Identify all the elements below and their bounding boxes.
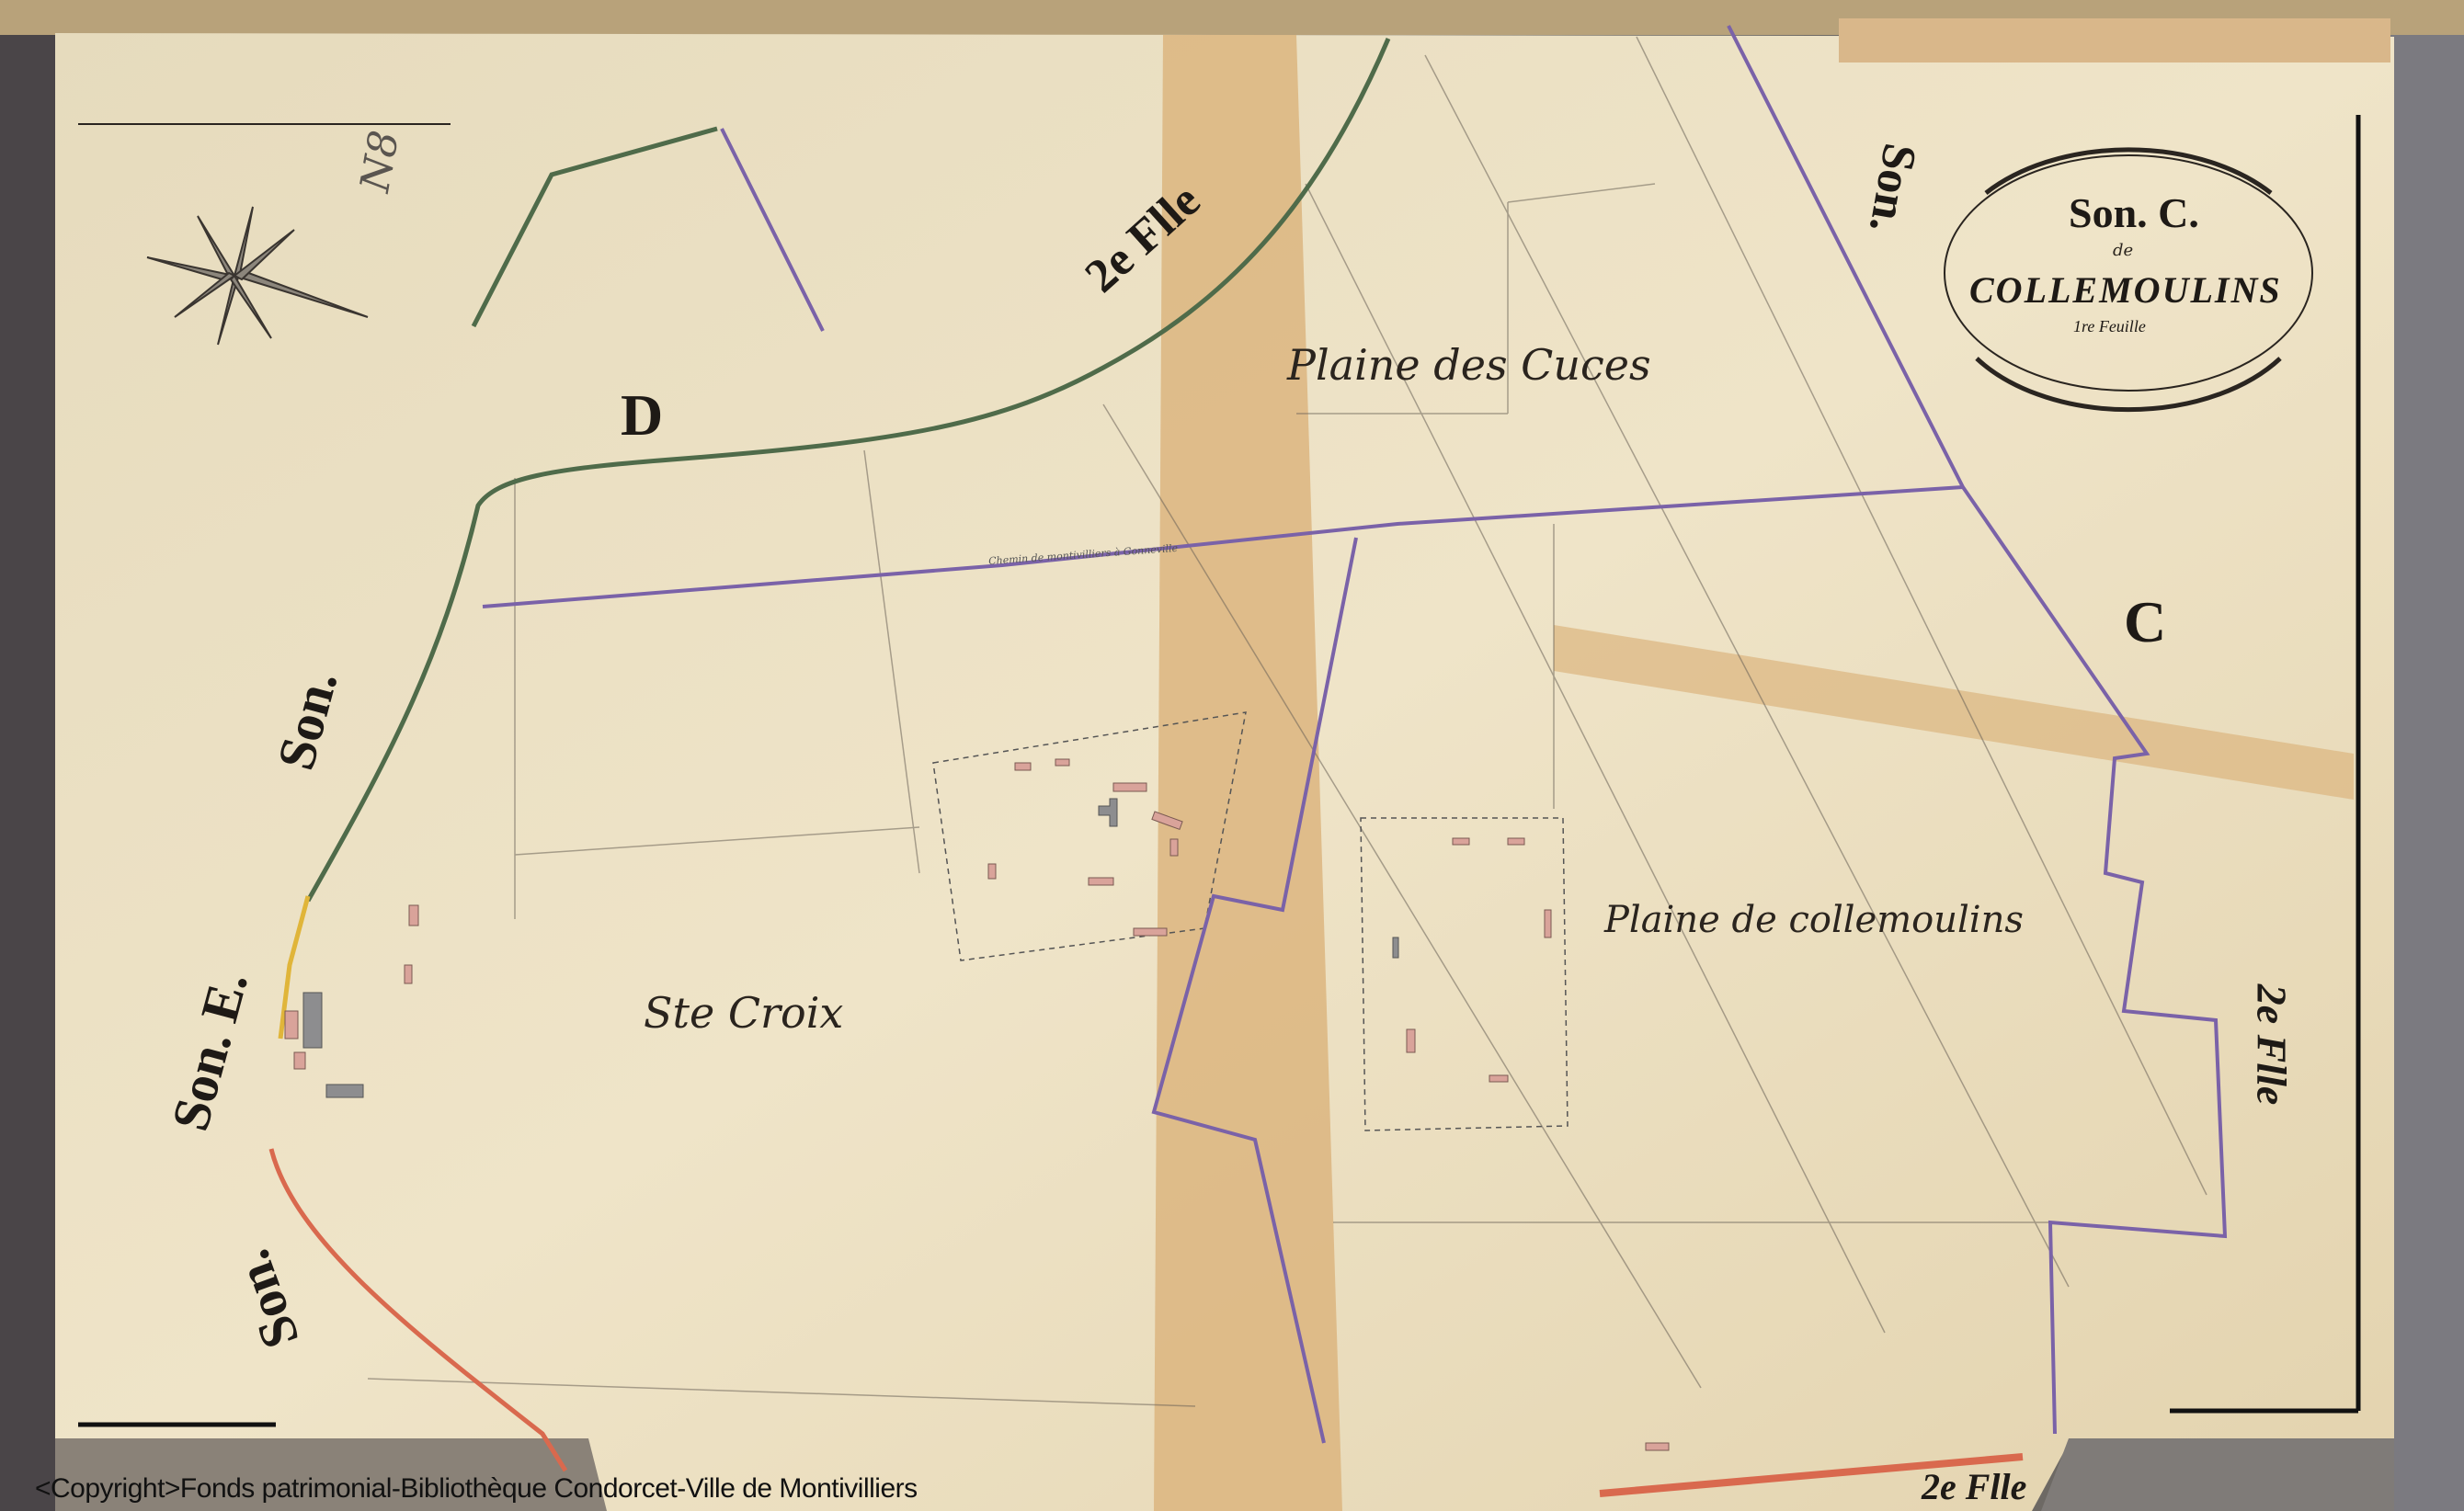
place-name-ste-croix: Ste Croix <box>644 988 843 1038</box>
cartouche-sheet-number: 1re Feuille <box>2073 317 2146 336</box>
cartouche-connector: de <box>2113 241 2133 260</box>
label-section-c: C <box>2124 588 2166 656</box>
right-backing-strip <box>2390 9 2464 1511</box>
copyright-notice: <Copyright>Fonds patrimonial-Bibliothèqu… <box>35 1473 918 1505</box>
label-2e-feuille-right: 2e Flle <box>2247 984 2296 1106</box>
cartouche-commune-name: COLLEMOULINS <box>1969 268 2282 312</box>
cartouche-section-label: Son. C. <box>2069 188 2199 237</box>
label-section-d: D <box>621 381 663 449</box>
left-backing-strip <box>0 0 55 1511</box>
place-name-plaine-des-cuces: Plaine des Cuces <box>1287 340 1651 390</box>
cadastral-map: Son. C. de COLLEMOULINS 1re Feuille N8 P… <box>0 0 2464 1511</box>
place-name-plaine-de-collemoulins: Plaine de collemoulins <box>1604 899 2024 941</box>
label-2e-feuille-bottom: 2e Flle <box>1922 1465 2026 1508</box>
